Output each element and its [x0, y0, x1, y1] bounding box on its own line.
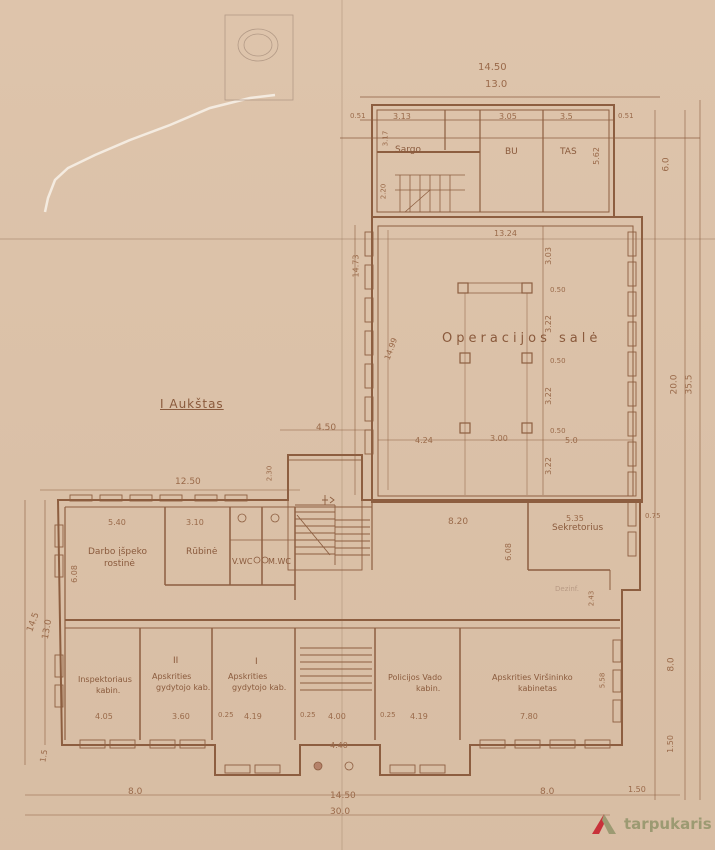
dim-entry-400: 4.00	[328, 713, 346, 721]
dim-hall-303: 3.03	[545, 247, 553, 265]
dim-top-room2: 3.05	[499, 113, 517, 121]
dim-darbo-depth: 6.08	[71, 565, 79, 583]
dim-right-80: 8.0	[668, 657, 677, 671]
room-label-inspektoriaus-line2: kabin.	[96, 687, 120, 695]
room-label-dezinfekcija: Dezinf.	[555, 586, 579, 593]
dim-top-side-right: 0.51	[618, 113, 634, 120]
dim-left-wing: 12.50	[175, 478, 201, 487]
dim-col-050c: 0.50	[550, 428, 566, 435]
dim-col-050a: 0.50	[550, 287, 566, 294]
dim-hall-50: 5.0	[565, 437, 578, 445]
room-label-rubine: Rūbinė	[186, 548, 217, 557]
dim-virsininko-width: 7.80	[520, 713, 538, 721]
room-label-darbo-line1: Darbo įšpeko	[88, 548, 147, 557]
dim-right-355: 35.5	[686, 374, 695, 394]
dim-stair-width: 4.50	[316, 424, 336, 433]
dim-darbo-width: 5.40	[108, 519, 126, 527]
room-label-operacijos-sale: Operacijos salė	[442, 332, 601, 345]
room-label-apskr2-line1: Apskrities	[152, 673, 191, 681]
dim-sekretorius-width: 5.35	[566, 515, 584, 523]
room-label-virsininko-line2: kabinetas	[518, 685, 557, 693]
dim-hall-322b: 3.22	[545, 387, 553, 405]
dim-hall-322c: 3.22	[545, 457, 553, 475]
dim-right-60: 6.0	[663, 157, 672, 171]
dim-top-room3: 3.5	[560, 113, 573, 121]
room-label-virsininko-line1: Apskrities Viršininko	[492, 674, 573, 682]
dim-sekretorius-243: 2.43	[588, 591, 595, 607]
room-label-apskr2-number: II	[173, 657, 178, 666]
dim-bottom-right: 8.0	[540, 788, 554, 797]
dim-entry-440: 4.40	[330, 742, 348, 750]
room-label-sekretorius: Sekretorius	[552, 524, 603, 533]
dim-rubine-width: 3.10	[186, 519, 204, 527]
dim-top-side-left: 0.51	[350, 113, 366, 120]
watermark-text: tarpukaris	[624, 815, 712, 833]
room-label-sargo: Sargo	[395, 146, 421, 155]
dim-top-inner: 13.0	[485, 80, 507, 90]
dim-inner-025-c: 0.25	[380, 712, 396, 719]
dim-office-depth: 5.58	[599, 673, 606, 689]
room-label-butas-2: TAS	[560, 148, 577, 157]
dim-hall-322a: 3.22	[545, 315, 553, 333]
dim-stair-230: 2.30	[266, 466, 273, 482]
dim-corridor-820: 8.20	[448, 518, 468, 527]
room-label-apskr1-number: I	[255, 658, 258, 667]
dim-apskr2-width: 3.60	[172, 713, 190, 721]
room-label-apskr1-line2: gydytojo kab.	[232, 684, 286, 692]
dim-hall-300: 3.00	[490, 435, 508, 443]
room-label-mwc: M.WC	[268, 558, 291, 566]
floor-title: I Aukštas	[160, 398, 224, 410]
dim-bottom-overall: 30.0	[330, 808, 350, 817]
tarpukaris-logo-icon	[590, 812, 618, 836]
dim-sekretorius-075: 0.75	[645, 513, 661, 520]
dim-right-150: 1.50	[667, 735, 675, 753]
room-label-inspektoriaus-line1: Inspektoriaus	[78, 676, 132, 684]
paper-tear	[45, 95, 275, 212]
dim-hall-depth: 14.73	[352, 255, 360, 278]
dim-bottom-left: 8.0	[128, 788, 142, 797]
room-label-apskr1-line1: Apskrities	[228, 673, 267, 681]
dim-apskr1-width: 4.19	[244, 713, 262, 721]
room-label-darbo-line2: rostinė	[104, 560, 135, 569]
dim-inspektoriaus-width: 4.05	[95, 713, 113, 721]
dim-butas-depth: 5.62	[593, 147, 601, 165]
dim-col-050b: 0.50	[550, 358, 566, 365]
dim-hall-424: 4.24	[415, 437, 433, 445]
dim-right-200: 20.0	[671, 374, 680, 394]
room-label-butas-1: BU	[505, 148, 518, 157]
dim-bottom-middle: 14.50	[330, 792, 356, 801]
dim-top-room1: 3.13	[393, 113, 411, 121]
dim-corridor-608: 6.08	[505, 543, 513, 561]
dim-inner-025-b: 0.25	[300, 712, 316, 719]
room-label-policijos-line1: Policijos Vado	[388, 674, 442, 682]
room-label-policijos-line2: kabin.	[416, 685, 440, 693]
room-label-apskr2-line2: gydytojo kab.	[156, 684, 210, 692]
dim-inner-025-a: 0.25	[218, 712, 234, 719]
dim-top-overall: 14.50	[478, 63, 507, 73]
floor-plan	[0, 0, 715, 850]
dim-bottom-side: 1.50	[628, 786, 646, 794]
watermark-logo: tarpukaris	[590, 812, 712, 836]
dim-stair-220: 2.20	[380, 184, 387, 200]
room-label-vwc: V.WC	[232, 558, 252, 566]
dim-policijos-width: 4.19	[410, 713, 428, 721]
dim-hall-width: 13.24	[494, 230, 517, 238]
dim-sargo-depth: 3.17	[382, 131, 389, 147]
